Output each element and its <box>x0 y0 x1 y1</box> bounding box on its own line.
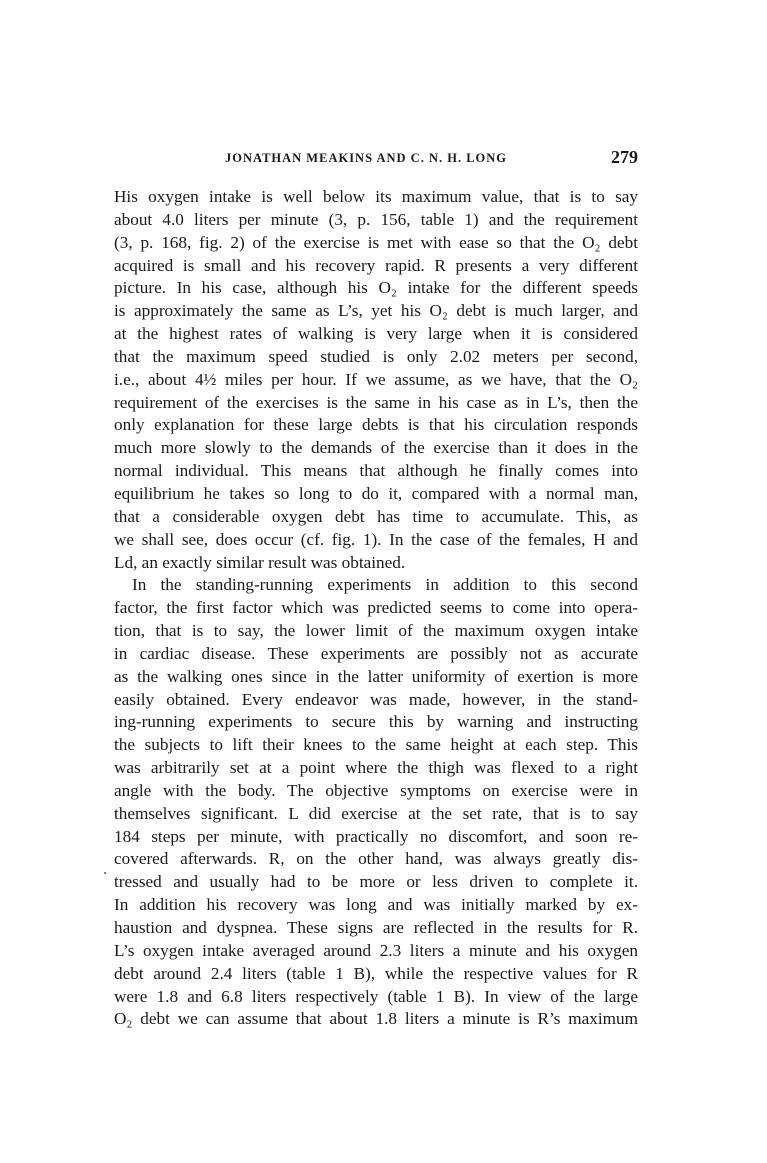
text-line: that the maximum speed studied is only 2… <box>114 346 638 369</box>
text-line: that a considerable oxygen debt has time… <box>114 506 638 529</box>
text-line: In addition his recovery was long and wa… <box>114 894 638 917</box>
text-line: at the highest rates of walking is very … <box>114 323 638 346</box>
text-line: tressed and usually had to be more or le… <box>114 871 638 894</box>
text-line: picture. In his case, although his O₂ in… <box>114 277 638 300</box>
text-line: were 1.8 and 6.8 liters respectively (ta… <box>114 986 638 1009</box>
text-line: factor, the first factor which was predi… <box>114 597 638 620</box>
document-page: JONATHAN MEAKINS AND C. N. H. LONG 279 H… <box>0 0 767 1163</box>
text-line: haustion and dyspnea. These signs are re… <box>114 917 638 940</box>
text-line: is approximately the same as L’s, yet hi… <box>114 300 638 323</box>
text-line: debt around 2.4 liters (table 1 B), whil… <box>114 963 638 986</box>
text-line: i.e., about 4½ miles per hour. If we ass… <box>114 369 638 392</box>
text-line: we shall see, does occur (cf. fig. 1). I… <box>114 529 638 552</box>
text-line: ing-running experiments to secure this b… <box>114 711 638 734</box>
running-title: JONATHAN MEAKINS AND C. N. H. LONG <box>114 151 638 166</box>
text-line: covered afterwards. R, on the other hand… <box>114 848 638 871</box>
text-line: 184 steps per minute, with practically n… <box>114 826 638 849</box>
text-line: acquired is small and his recovery rapid… <box>114 255 638 278</box>
text-line: as the walking ones since in the latter … <box>114 666 638 689</box>
running-header: JONATHAN MEAKINS AND C. N. H. LONG 279 <box>114 147 638 169</box>
text-line: themselves significant. L did exercise a… <box>114 803 638 826</box>
text-line: L’s oxygen intake averaged around 2.3 li… <box>114 940 638 963</box>
text-line: (3, p. 168, fig. 2) of the exercise is m… <box>114 232 638 255</box>
body-text: His oxygen intake is well below its maxi… <box>114 186 638 1031</box>
text-line: angle with the body. The objective sympt… <box>114 780 638 803</box>
page-number: 279 <box>611 147 638 168</box>
text-line: equilibrium he takes so long to do it, c… <box>114 483 638 506</box>
text-line: much more slowly to the demands of the e… <box>114 437 638 460</box>
text-line: O₂ debt we can assume that about 1.8 lit… <box>114 1008 638 1031</box>
text-line: the subjects to lift their knees to the … <box>114 734 638 757</box>
text-line: easily obtained. Every endeavor was made… <box>114 689 638 712</box>
text-line: only explanation for these large debts i… <box>114 414 638 437</box>
text-line: tion, that is to say, the lower limit of… <box>114 620 638 643</box>
text-line: His oxygen intake is well below its maxi… <box>114 186 638 209</box>
scan-speck <box>104 872 106 874</box>
text-line: normal individual. This means that altho… <box>114 460 638 483</box>
text-line: in cardiac disease. These experiments ar… <box>114 643 638 666</box>
paragraph-start-line: In the standing-running experiments in a… <box>114 574 638 597</box>
text-line: was arbitrarily set at a point where the… <box>114 757 638 780</box>
paragraph-end-line: Ld, an exactly similar result was obtain… <box>114 552 638 575</box>
text-line: about 4.0 liters per minute (3, p. 156, … <box>114 209 638 232</box>
text-line: requirement of the exercises is the same… <box>114 392 638 415</box>
